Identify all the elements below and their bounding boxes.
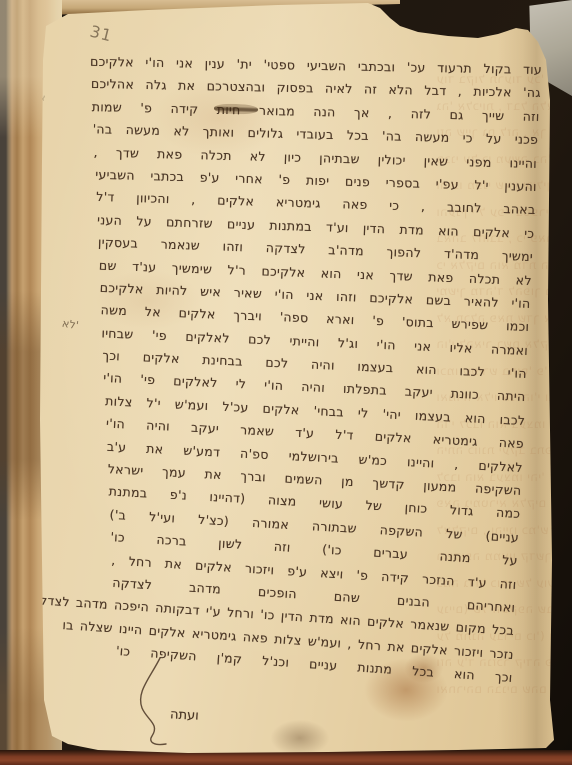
margin-note: לא': [61, 317, 79, 332]
scanned-book-photo: 31 אב לא' עוד בקול תרעוד עכ' ובכתבי השבי…: [0, 0, 572, 765]
folio-number: 31: [88, 22, 114, 46]
flourish-mark: [120, 652, 180, 752]
manuscript-page: 31 אב לא' עוד בקול תרעוד עכ' ובכתבי השבי…: [28, 0, 572, 754]
text-block: עוד בקול תרעוד עכ' ובכתבי השביעי ספטי' י…: [90, 58, 542, 690]
